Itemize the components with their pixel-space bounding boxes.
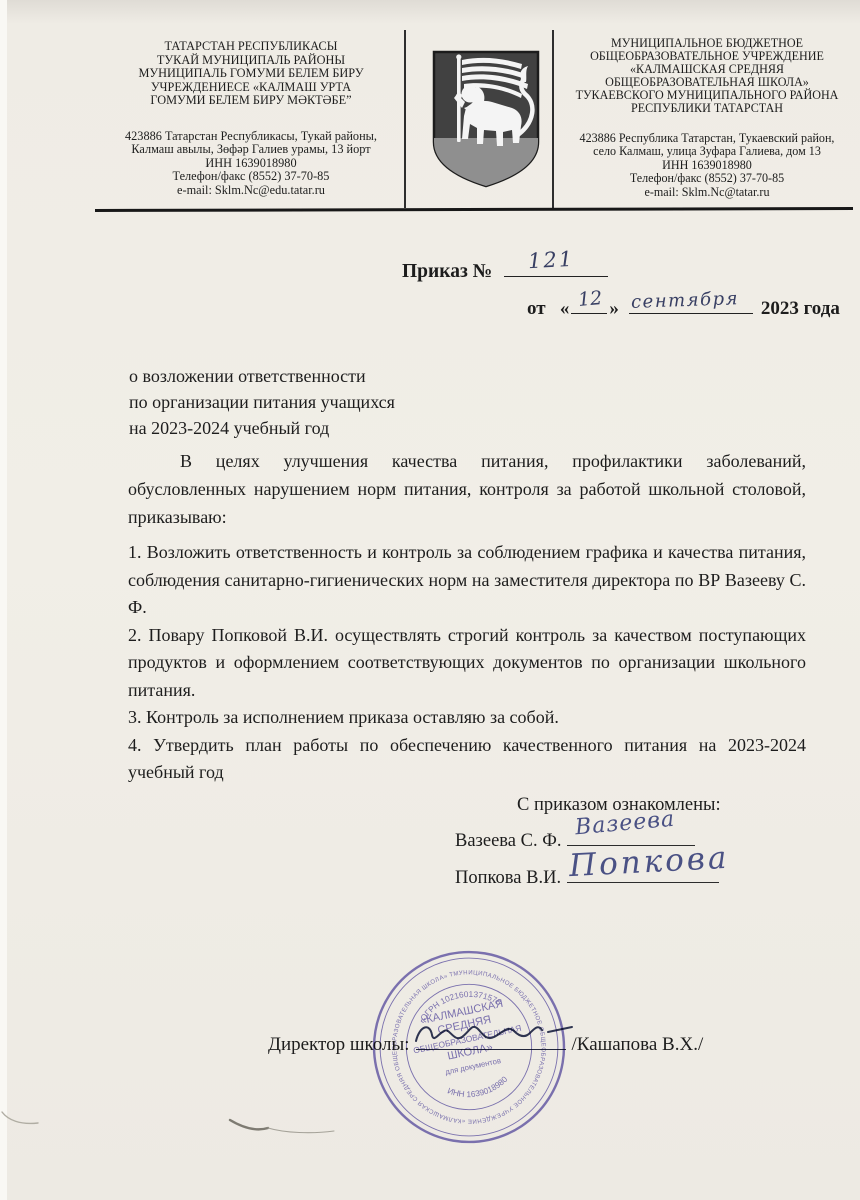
date-day-blank: 12 [571, 291, 607, 314]
quote-open: « [560, 298, 570, 319]
signer-name: Вазеева С. Ф. [455, 831, 561, 851]
org-name-line: УЧРЕЖДЕНИЕСЕ «КАЛМАШ УРТА [95, 81, 407, 95]
official-round-stamp: МУНИЦИПАЛЬНОЕ БЮДЖЕТНОЕ ОБЩЕОБРАЗОВАТЕЛЬ… [352, 930, 587, 1165]
date-year: 2023 года [761, 298, 840, 319]
signer-row: Попкова В.И.Попкова [455, 860, 845, 890]
letterhead-left-tatar: ТАТАРСТАН РЕСПУБЛИКАСЫ ТУКАЙ МУНИЦИПАЛЬ … [95, 40, 407, 197]
order-item-2: 2. Повару Попковой В.И. осуществлять стр… [128, 622, 806, 705]
header-cell-divider-left [404, 30, 406, 208]
date-prefix: от [527, 298, 546, 319]
director-name: /Кашапова В.Х./ [572, 1034, 704, 1055]
stamp-inn: ИНН 1639018980 [445, 1074, 512, 1105]
address-line: 423886 Татарстан Республикасы, Тукай рай… [95, 130, 407, 144]
address-line: ИНН 1639018980 [558, 159, 856, 173]
date-month-blank: сентября [629, 291, 753, 314]
order-date-line: от «12»сентября2023 года [527, 291, 840, 320]
address-line: 423886 Республика Татарстан, Тукаевский … [558, 132, 856, 146]
scanned-order-document: ТАТАРСТАН РЕСПУБЛИКАСЫ ТУКАЙ МУНИЦИПАЛЬ … [0, 0, 860, 1200]
quote-close: » [609, 298, 619, 319]
order-intro-paragraph: В целях улучшения качества питания, проф… [128, 447, 806, 531]
handwritten-month: сентября [631, 288, 740, 313]
order-subject: о возложении ответственности по организа… [129, 363, 395, 441]
email-line: e-mail: Sklm.Nc@edu.tatar.ru [95, 184, 407, 198]
email-line: e-mail: Sklm.Nc@tatar.ru [558, 186, 856, 200]
letterhead-right-russian: МУНИЦИПАЛЬНОЕ БЮДЖЕТНОЕ ОБЩЕОБРАЗОВАТЕЛЬ… [558, 37, 856, 200]
stray-pencil-marks [0, 1098, 360, 1158]
acknowledgement-heading: С приказом ознакомлены: [517, 795, 845, 816]
acknowledgement-block: С приказом ознакомлены: Вазеева С. Ф.Ваз… [455, 795, 845, 890]
org-address-right: 423886 Республика Татарстан, Тукаевский … [558, 132, 856, 200]
handwritten-day: 12 [577, 287, 603, 311]
signature-blank: Попкова [567, 860, 719, 883]
handwritten-order-number: 121 [528, 247, 575, 273]
org-name-line: МУНИЦИПАЛЬ ГОМУМИ БЕЛЕМ БИРУ [95, 67, 407, 81]
org-name-line: ГОМУМИ БЕЛЕМ БИРУ МӘКТӘБЕ” [95, 94, 407, 108]
org-name-line: ТУКАЙ МУНИЦИПАЛЬ РАЙОНЫ [95, 54, 407, 68]
org-name-line: РЕСПУБЛИКИ ТАТАРСТАН [558, 102, 856, 115]
order-item-4: 4. Утвердить план работы по обеспечению … [128, 732, 806, 787]
subject-line: о возложении ответственности [129, 363, 395, 389]
signer-name: Попкова В.И. [455, 868, 561, 888]
order-items: 1. Возложить ответственность и контроль … [128, 539, 806, 787]
order-item-1: 1. Возложить ответственность и контроль … [128, 539, 806, 622]
subject-line: на 2023-2024 учебный год [129, 415, 395, 441]
header-cell-divider-right [552, 30, 554, 208]
shield-base-band [434, 138, 538, 186]
scan-edge-strip [0, 0, 7, 1200]
header-divider [95, 207, 853, 212]
address-line: Телефон/факс (8552) 37-70-85 [95, 170, 407, 184]
address-line: Калмаш авылы, Зөфәр Галиев урамы, 13 йор… [95, 143, 407, 157]
org-address-left: 423886 Татарстан Республикасы, Тукай рай… [95, 130, 407, 198]
order-item-3: 3. Контроль за исполнением приказа остав… [128, 704, 806, 732]
coat-of-arms-emblem [424, 44, 548, 192]
subject-line: по организации питания учащихся [129, 389, 395, 415]
address-line: ИНН 1639018980 [95, 157, 407, 171]
org-name-line: ТАТАРСТАН РЕСПУБЛИКАСЫ [95, 40, 407, 54]
handwritten-signature-popkova: Попкова [568, 840, 730, 884]
address-line: село Калмаш, улица Зуфара Галиева, дом 1… [558, 145, 856, 159]
address-line: Телефон/факс (8552) 37-70-85 [558, 172, 856, 186]
order-number-blank: 121 [504, 252, 608, 277]
order-title-label: Приказ № [402, 261, 492, 282]
order-number-line: Приказ №121 [402, 252, 608, 283]
